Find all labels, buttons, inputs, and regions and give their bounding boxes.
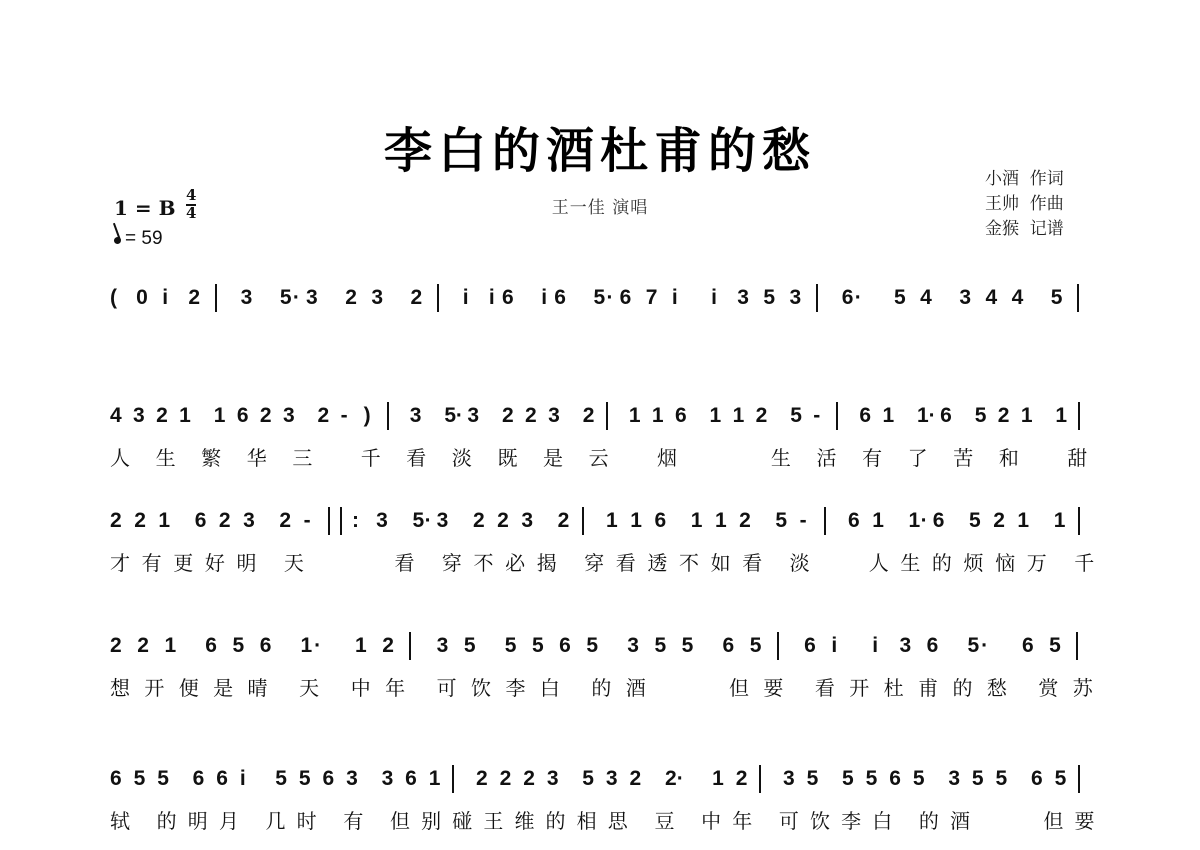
lyric-char: 万 [1027, 547, 1047, 576]
note: 1 [158, 509, 170, 533]
note: 2 [756, 404, 768, 428]
note: 5 [532, 634, 544, 658]
lyric-char: 活 [817, 442, 837, 471]
score-line: 2216561·12355565355656ii365·65想开便是晴天中年可饮… [110, 620, 1090, 710]
note: · [314, 634, 321, 658]
note: 2 [993, 509, 1005, 533]
note: 3 [789, 286, 801, 310]
lyric-char: 明 [236, 547, 256, 576]
note: 3 [548, 404, 560, 428]
lyric-char: 生 [771, 442, 791, 471]
note: 3 [410, 404, 422, 428]
note: 2 [736, 767, 748, 791]
note: 3 [521, 509, 533, 533]
lyrics-row: 想开便是晴天中年可饮李白的酒但要看开杜甫的愁赏苏 [110, 672, 1090, 702]
note: 1 [710, 404, 722, 428]
note: 5 [996, 767, 1008, 791]
lyric-char: 中 [701, 805, 721, 834]
note: 2 [137, 634, 149, 658]
note: 5 [866, 767, 878, 791]
note: 2 [156, 404, 168, 428]
barline [582, 507, 584, 535]
lyric-char: 饮 [471, 672, 491, 701]
note: 3 [959, 286, 971, 310]
note: 6 [554, 286, 566, 310]
note: i [489, 286, 495, 310]
lyric-char: 白 [540, 672, 560, 701]
note: · [677, 767, 684, 791]
lyric-char: 酒 [950, 805, 970, 834]
time-signature: 4 4 [186, 188, 196, 221]
lyric-char: 甜 [1067, 442, 1087, 471]
lyric-char: 杜 [884, 672, 904, 701]
barline [777, 632, 779, 660]
lyric-char: 千 [361, 442, 381, 471]
note: 6 [1022, 634, 1034, 658]
barline [328, 507, 330, 535]
note: - [341, 404, 348, 428]
note: 6 [723, 634, 735, 658]
note: 6 [675, 404, 687, 428]
note: 6 [940, 404, 952, 428]
lyric-char: 看 [616, 547, 636, 576]
key-signature: 1 = B 4 4 [114, 196, 176, 220]
lyric-char: 甫 [918, 672, 938, 701]
note: 3 [371, 286, 383, 310]
lyric-char: 看 [815, 672, 835, 701]
lyric-char: 的 [546, 805, 566, 834]
note: 5 [968, 634, 980, 658]
lyric-char: 淡 [452, 442, 472, 471]
lyric-char: 更 [173, 547, 193, 576]
note: · [293, 286, 300, 310]
note: 3 [627, 634, 639, 658]
note: 6 [260, 634, 272, 658]
note: 2 [134, 509, 146, 533]
lyric-char: 但 [729, 672, 749, 701]
lyric-char: 透 [647, 547, 667, 576]
note: · [855, 286, 862, 310]
lyric-char: 可 [779, 805, 799, 834]
note: 2 [998, 404, 1010, 428]
note: 5 [586, 634, 598, 658]
note: 2 [260, 404, 272, 428]
lyric-char: 苦 [953, 442, 973, 471]
note: 4 [110, 404, 122, 428]
note: 5 [299, 767, 311, 791]
lyric-char: 有 [862, 442, 882, 471]
note: 3 [241, 286, 253, 310]
lyrics-row [110, 324, 1090, 354]
note: 5 [654, 634, 666, 658]
lyric-char: 华 [247, 442, 267, 471]
note: 1 [715, 509, 727, 533]
note: 1 [652, 404, 664, 428]
note: 5 [842, 767, 854, 791]
lyric-char: 看 [742, 547, 762, 576]
note: · [981, 634, 988, 658]
note: 1 [164, 634, 176, 658]
note: 5 [157, 767, 169, 791]
lyric-char: 思 [608, 805, 628, 834]
note: i [463, 286, 469, 310]
note: 5 [582, 767, 594, 791]
note: 6 [804, 634, 816, 658]
lyric-char: 酒 [626, 672, 646, 701]
note: 5 [280, 286, 292, 310]
barline [409, 632, 411, 660]
note: 2 [500, 767, 512, 791]
note: 2 [630, 767, 642, 791]
lyrics-row: 轼的明月几时有但别碰王维的相思豆中年可饮李白的酒但要 [110, 805, 1090, 835]
note: 6 [205, 634, 217, 658]
note: 5 [1049, 634, 1061, 658]
barline [1078, 507, 1080, 535]
lyric-char: 晴 [248, 672, 268, 701]
lyric-char: 但 [1043, 805, 1063, 834]
barline [816, 284, 818, 312]
lyric-char: 月 [219, 805, 239, 834]
note: 2 [188, 286, 200, 310]
lyric-char: 时 [297, 805, 317, 834]
notes-row: 2216561·12355565355656ii365·65 [110, 620, 1090, 660]
score-line: (0i235·3232ii6i65·67ii3536·543445 [110, 272, 1090, 362]
note: 1 [909, 509, 921, 533]
note: 1 [429, 767, 441, 791]
lyric-char: 李 [505, 672, 525, 701]
note: 5 [134, 767, 146, 791]
lyric-char: 才 [110, 547, 130, 576]
note: ( [110, 286, 117, 310]
composer: 王帅 作曲 [985, 192, 1064, 217]
note: 4 [920, 286, 932, 310]
lyric-char: 开 [849, 672, 869, 701]
lyric-char: 中 [351, 672, 371, 701]
note: 2 [558, 509, 570, 533]
lyric-char: 既 [497, 442, 517, 471]
note: 5 [807, 767, 819, 791]
lyric-char: 不 [474, 547, 494, 576]
note: 2 [110, 634, 122, 658]
note: 3 [467, 404, 479, 428]
lyric-char: 好 [205, 547, 225, 576]
note: 2 [739, 509, 751, 533]
note: - [800, 509, 807, 533]
note: i [162, 286, 168, 310]
note: 5 [1055, 767, 1067, 791]
note: 6 [842, 286, 854, 310]
lyric-char: 淡 [790, 547, 810, 576]
note: 6 [193, 767, 205, 791]
note: i [831, 634, 837, 658]
lyric-char: 赏 [1038, 672, 1058, 701]
lyric-char: 开 [144, 672, 164, 701]
note: 5 [763, 286, 775, 310]
note: 1 [712, 767, 724, 791]
barline [1077, 284, 1079, 312]
note: 1 [1055, 404, 1067, 428]
note: 6 [405, 767, 417, 791]
note: 5 [444, 404, 456, 428]
lyric-char: 不 [679, 547, 699, 576]
lyric-char: 便 [179, 672, 199, 701]
note: 6 [502, 286, 514, 310]
note: 5 [412, 509, 424, 533]
notes-row: 65566i556336122235322·1235556535565 [110, 753, 1090, 793]
barline [1078, 402, 1080, 430]
note: 1 [733, 404, 745, 428]
note: i [240, 767, 246, 791]
lyricist: 小酒 作词 [985, 167, 1064, 192]
note: 6 [620, 286, 632, 310]
lyric-char: 是 [213, 672, 233, 701]
lyric-char: 穿 [442, 547, 462, 576]
note: 3 [737, 286, 749, 310]
note: 5 [894, 286, 906, 310]
lyrics-row: 才有更好明天看穿不必揭穿看透不如看淡人生的烦恼万千 [110, 547, 1090, 577]
note: i [672, 286, 678, 310]
lyric-char: 看 [395, 547, 415, 576]
lyric-char: 轼 [110, 805, 130, 834]
lyric-char: 了 [908, 442, 928, 471]
lyric-char: 揭 [537, 547, 557, 576]
note: 3 [346, 767, 358, 791]
note: 6 [1031, 767, 1043, 791]
lyric-char: 烟 [657, 442, 677, 471]
lyric-char: 生 [900, 547, 920, 576]
note: 1 [606, 509, 618, 533]
note: 5 [750, 634, 762, 658]
note: 6 [237, 404, 249, 428]
notes-row: 432116232-)35·322321161125-611·65211 [110, 390, 1090, 430]
note: 5 [972, 767, 984, 791]
note: 5 [969, 509, 981, 533]
lyric-char: 可 [437, 672, 457, 701]
note: 5 [975, 404, 987, 428]
quarter-note-icon [113, 236, 122, 245]
score-line: 65566i556336122235322·1235556535565轼的明月几… [110, 753, 1090, 843]
lyric-char: 碰 [452, 805, 472, 834]
lyric-char: 是 [543, 442, 563, 471]
lyric-char: 愁 [987, 672, 1007, 701]
note: 1 [691, 509, 703, 533]
barline [215, 284, 217, 312]
note: 1 [629, 404, 641, 428]
note: 6 [110, 767, 122, 791]
note: 0 [136, 286, 148, 310]
note: 3 [376, 509, 388, 533]
note: 2 [411, 286, 423, 310]
lyric-char: 相 [577, 805, 597, 834]
transcriber: 金猴 记谱 [985, 217, 1064, 242]
note: 1 [214, 404, 226, 428]
barline [437, 284, 439, 312]
note: 5 [1051, 286, 1063, 310]
note: 2 [110, 509, 122, 533]
note: i [711, 286, 717, 310]
lyric-char: 人 [869, 547, 889, 576]
notes-row: (0i235·3232ii6i65·67ii3536·543445 [110, 272, 1090, 312]
barline [1076, 632, 1078, 660]
note: 3 [243, 509, 255, 533]
lyric-char: 要 [1074, 805, 1094, 834]
note: 5 [913, 767, 925, 791]
note: · [921, 509, 928, 533]
note: · [456, 404, 463, 428]
lyric-char: 必 [505, 547, 525, 576]
lyric-char: 饮 [810, 805, 830, 834]
note: 6 [889, 767, 901, 791]
note: 7 [646, 286, 658, 310]
note: 6 [559, 634, 571, 658]
lyric-char: 繁 [201, 442, 221, 471]
note: 1 [1054, 509, 1066, 533]
score-line: 2216232-:35·322321161125-611·65211才有更好明天… [110, 495, 1090, 585]
note: 2 [523, 767, 535, 791]
lyric-char: 但 [390, 805, 410, 834]
note: 5 [682, 634, 694, 658]
note: ) [364, 404, 371, 428]
note: · [929, 404, 936, 428]
note: 2 [473, 509, 485, 533]
lyric-char: 王 [483, 805, 503, 834]
note: 1 [179, 404, 191, 428]
note: · [607, 286, 614, 310]
lyric-char: 天 [299, 672, 319, 701]
note: 3 [283, 404, 295, 428]
lyric-char: 李 [841, 805, 861, 834]
lyric-char: 烦 [964, 547, 984, 576]
note: 5 [775, 509, 787, 533]
note: 2 [476, 767, 488, 791]
note: 3 [306, 286, 318, 310]
score-line: 432116232-)35·322321161125-611·65211人生繁华… [110, 390, 1090, 480]
note: 5 [464, 634, 476, 658]
note: 3 [948, 767, 960, 791]
note: : [352, 509, 359, 533]
note: 5 [233, 634, 245, 658]
barline [1078, 765, 1080, 793]
note: 5 [505, 634, 517, 658]
lyric-char: 想 [110, 672, 130, 701]
lyric-char: 苏 [1073, 672, 1093, 701]
tempo-marking: = 59 [114, 228, 163, 250]
notes-row: 2216232-:35·322321161125-611·65211 [110, 495, 1090, 535]
note: 1 [301, 634, 313, 658]
note: 2 [665, 767, 677, 791]
note: 3 [606, 767, 618, 791]
lyric-char: 的 [932, 547, 952, 576]
barline [759, 765, 761, 793]
lyric-char: 几 [266, 805, 286, 834]
lyric-char: 有 [142, 547, 162, 576]
lyric-char: 如 [711, 547, 731, 576]
note: i [541, 286, 547, 310]
note: 6 [216, 767, 228, 791]
lyric-char: 明 [188, 805, 208, 834]
lyric-char: 的 [919, 805, 939, 834]
credits: 小酒 作词 王帅 作曲 金猴 记谱 [985, 167, 1064, 242]
note: 1 [917, 404, 929, 428]
note: 3 [437, 509, 449, 533]
note: - [304, 509, 311, 533]
note: 4 [985, 286, 997, 310]
note: 3 [133, 404, 145, 428]
note: · [425, 509, 432, 533]
note: 2 [279, 509, 291, 533]
lyric-char: 维 [514, 805, 534, 834]
lyric-char: 穿 [584, 547, 604, 576]
key-label: 1 = B [114, 196, 176, 220]
barline [824, 507, 826, 535]
note: 5 [790, 404, 802, 428]
note: 2 [502, 404, 514, 428]
barline [387, 402, 389, 430]
lyric-char: 三 [292, 442, 312, 471]
note: 2 [525, 404, 537, 428]
lyric-char: 年 [732, 805, 752, 834]
note: i [872, 634, 878, 658]
lyric-char: 千 [1074, 547, 1094, 576]
note: 1 [1021, 404, 1033, 428]
lyric-char: 豆 [654, 805, 674, 834]
lyric-char: 看 [406, 442, 426, 471]
note: 5 [593, 286, 605, 310]
note: 6 [654, 509, 666, 533]
lyric-char: 年 [385, 672, 405, 701]
note: 3 [783, 767, 795, 791]
note: 2 [345, 286, 357, 310]
note: 3 [899, 634, 911, 658]
lyric-char: 生 [156, 442, 176, 471]
lyric-char: 的 [591, 672, 611, 701]
note: 2 [583, 404, 595, 428]
note: 2 [382, 634, 394, 658]
barline [606, 402, 608, 430]
note: 6 [859, 404, 871, 428]
lyrics-row: 人生繁华三千看淡既是云烟生活有了苦和甜 [110, 442, 1090, 472]
note: - [813, 404, 820, 428]
note: 5 [275, 767, 287, 791]
note: 1 [630, 509, 642, 533]
tempo-value: = 59 [125, 228, 163, 249]
barline [452, 765, 454, 793]
note: 4 [1012, 286, 1024, 310]
lyric-char: 的 [157, 805, 177, 834]
note: 6 [323, 767, 335, 791]
lyric-char: 恼 [995, 547, 1015, 576]
note: 3 [382, 767, 394, 791]
note: 6 [195, 509, 207, 533]
note: 2 [318, 404, 330, 428]
lyric-char: 和 [999, 442, 1019, 471]
lyric-char: 有 [343, 805, 363, 834]
note: 2 [219, 509, 231, 533]
note: 3 [547, 767, 559, 791]
note: 6 [927, 634, 939, 658]
note: 1 [872, 509, 884, 533]
lyric-char: 云 [589, 442, 609, 471]
note: 1 [1017, 509, 1029, 533]
note: 3 [437, 634, 449, 658]
note: 1 [882, 404, 894, 428]
lyric-char: 要 [763, 672, 783, 701]
lyric-char: 别 [421, 805, 441, 834]
note: 2 [497, 509, 509, 533]
note: 6 [848, 509, 860, 533]
barline [340, 507, 342, 535]
lyric-char: 的 [952, 672, 972, 701]
